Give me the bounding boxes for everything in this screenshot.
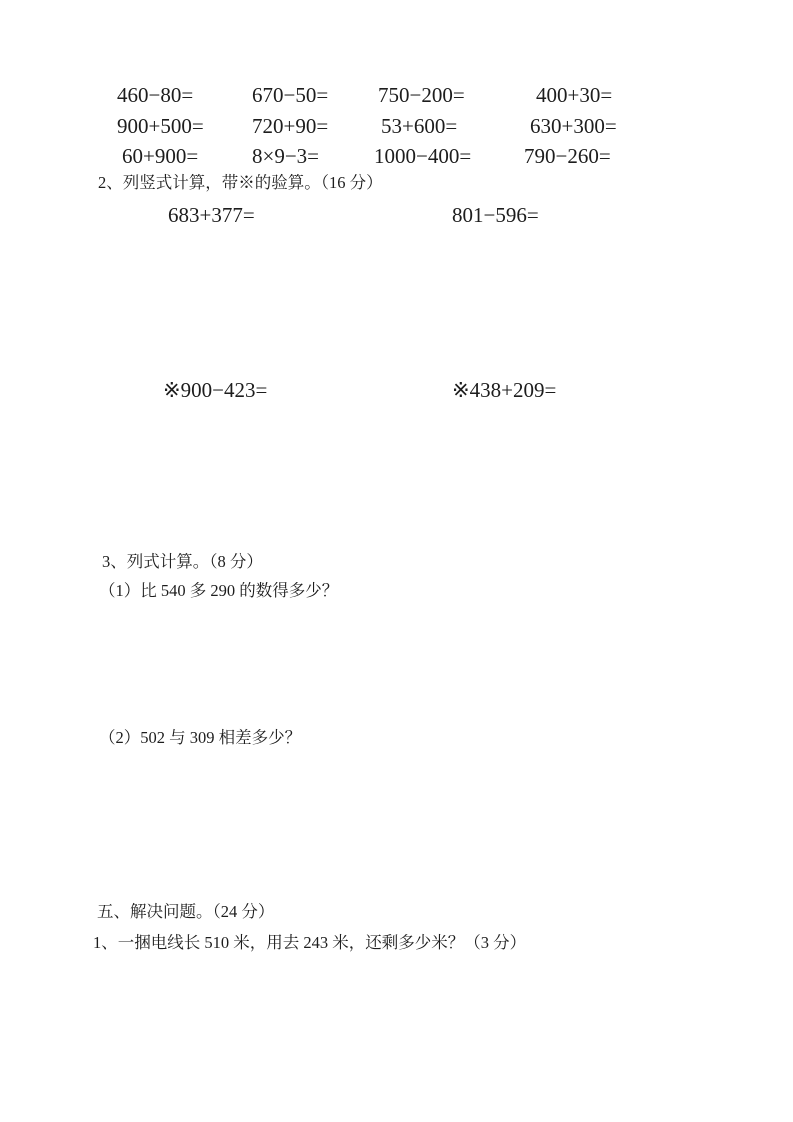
expression-item: （1）比 540 多 290 的数得多少？ [99, 581, 338, 602]
column-problem: 801−596= [452, 202, 539, 228]
column-problem: 683+377= [168, 202, 255, 228]
oral-problem: 460−80= [117, 82, 193, 108]
oral-problem: 8×9−3= [252, 143, 319, 169]
column-problem-check: ※438+209= [452, 377, 556, 403]
oral-problem: 670−50= [252, 82, 328, 108]
oral-problem: 750−200= [378, 82, 465, 108]
oral-problem: 900+500= [117, 113, 204, 139]
oral-problem: 60+900= [122, 143, 198, 169]
expression-item: （2）502 与 309 相差多少？ [99, 728, 301, 749]
document-page: 460−80= 670−50= 750−200= 400+30= 900+500… [0, 0, 793, 1122]
word-problem-item: 1、一捆电线长 510 米，用去 243 米，还剩多少米？（3 分） [93, 933, 526, 954]
section-heading-column-calc: 2、列竖式计算，带※的验算。（16 分） [98, 173, 383, 194]
section-heading-problem-solving: 五、解决问题。（24 分） [97, 902, 274, 923]
section-heading-expression-calc: 3、列式计算。（8 分） [102, 552, 263, 573]
oral-problem: 790−260= [524, 143, 611, 169]
oral-problem: 1000−400= [374, 143, 471, 169]
oral-problem: 720+90= [252, 113, 328, 139]
column-problem-check: ※900−423= [163, 377, 267, 403]
oral-problem: 400+30= [536, 82, 612, 108]
oral-problem: 630+300= [530, 113, 617, 139]
oral-problem: 53+600= [381, 113, 457, 139]
